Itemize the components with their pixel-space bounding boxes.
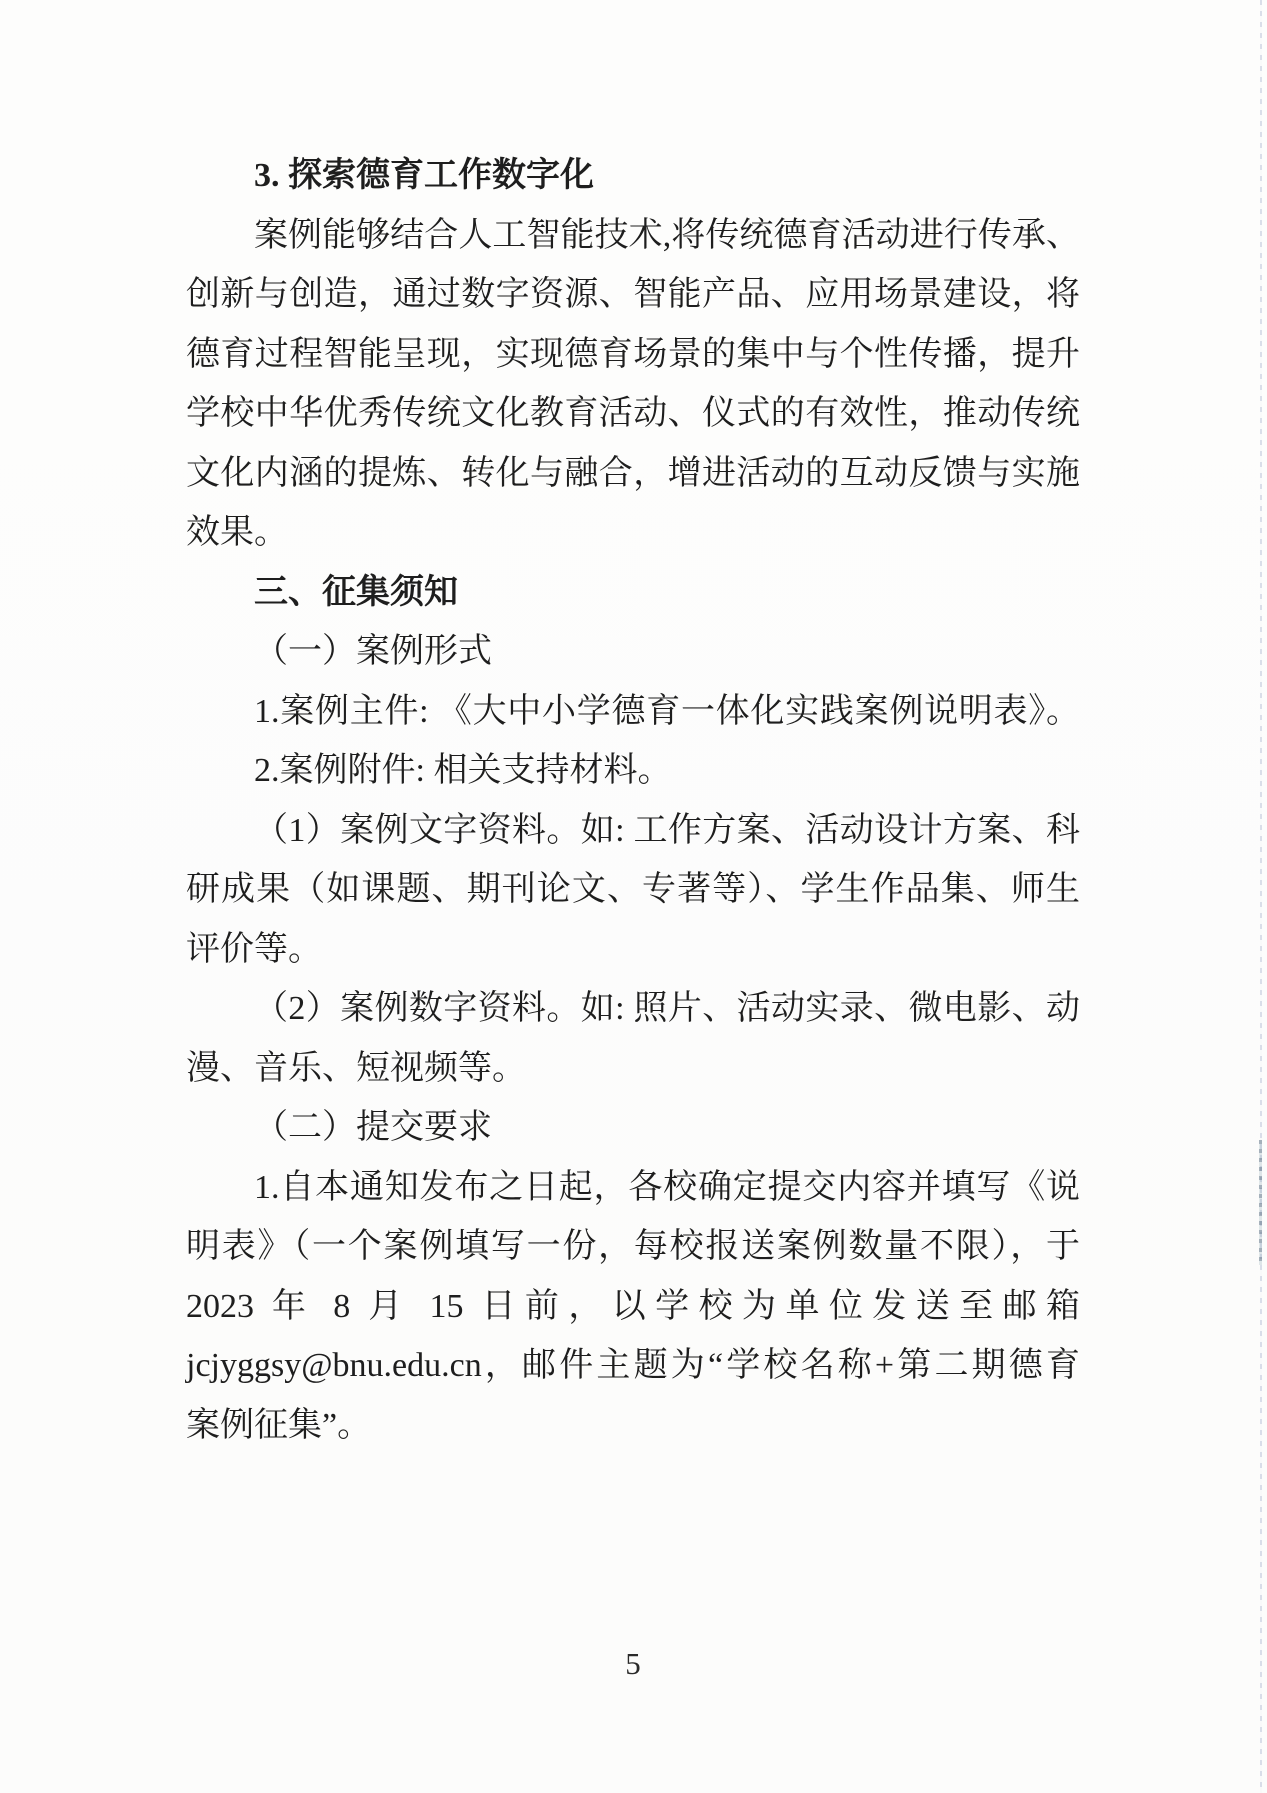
- subsection-heading-case-form: （一）案例形式: [186, 622, 1080, 682]
- scan-artifact-edge-line: [1260, 0, 1262, 1793]
- paragraph-line: 创新与创造，通过数字资源、智能产品、应用场景建设，将: [186, 265, 1080, 325]
- paragraph-line: 明表》（一个案例填写一份，每校报送案例数量不限），于: [186, 1217, 1080, 1277]
- paragraph-line: 文化内涵的提炼、转化与融合，增进活动的互动反馈与实施: [186, 444, 1080, 504]
- paragraph-line: 德育过程智能呈现，实现德育场景的集中与个性传播，提升: [186, 325, 1080, 385]
- paragraph-line-email: jcjyggsy@bnu.edu.cn，邮件主题为“学校名称+第二期德育: [186, 1336, 1080, 1396]
- document-body: 3. 探索德育工作数字化 案例能够结合人工智能技术,将传统德育活动进行传承、 创…: [186, 146, 1080, 1455]
- paragraph-line: 案例征集”。: [186, 1396, 1080, 1456]
- paragraph-line: 1.自本通知发布之日起，各校确定提交内容并填写《说: [186, 1158, 1080, 1218]
- paragraph-line: 案例能够结合人工智能技术,将传统德育活动进行传承、: [186, 206, 1080, 266]
- paragraph-line: 漫、音乐、短视频等。: [186, 1039, 1080, 1099]
- scan-artifact-edge-smudge: [1259, 1140, 1262, 1265]
- list-item: （1）案例文字资料。如: 工作方案、活动设计方案、科: [186, 801, 1080, 861]
- subsection-heading-submission: （二）提交要求: [186, 1098, 1080, 1158]
- paragraph-line-deadline: 2023 年 8 月 15 日前，以学校为单位发送至邮箱: [186, 1277, 1080, 1337]
- list-item: （2）案例数字资料。如: 照片、活动实录、微电影、动: [186, 979, 1080, 1039]
- paragraph-line: 研成果（如课题、期刊论文、专著等）、学生作品集、师生: [186, 860, 1080, 920]
- paragraph-line: 效果。: [186, 503, 1080, 563]
- list-item: 1.案例主件: 《大中小学德育一体化实践案例说明表》。: [186, 682, 1080, 742]
- paragraph-line: 学校中华优秀传统文化教育活动、仪式的有效性，推动传统: [186, 384, 1080, 444]
- section-heading-notice: 三、征集须知: [186, 563, 1080, 623]
- document-page: 3. 探索德育工作数字化 案例能够结合人工智能技术,将传统德育活动进行传承、 创…: [0, 0, 1267, 1793]
- page-number: 5: [186, 1646, 1080, 1682]
- list-item: 2.案例附件: 相关支持材料。: [186, 741, 1080, 801]
- paragraph-line: 评价等。: [186, 920, 1080, 980]
- section-heading-digitalization: 3. 探索德育工作数字化: [186, 146, 1080, 206]
